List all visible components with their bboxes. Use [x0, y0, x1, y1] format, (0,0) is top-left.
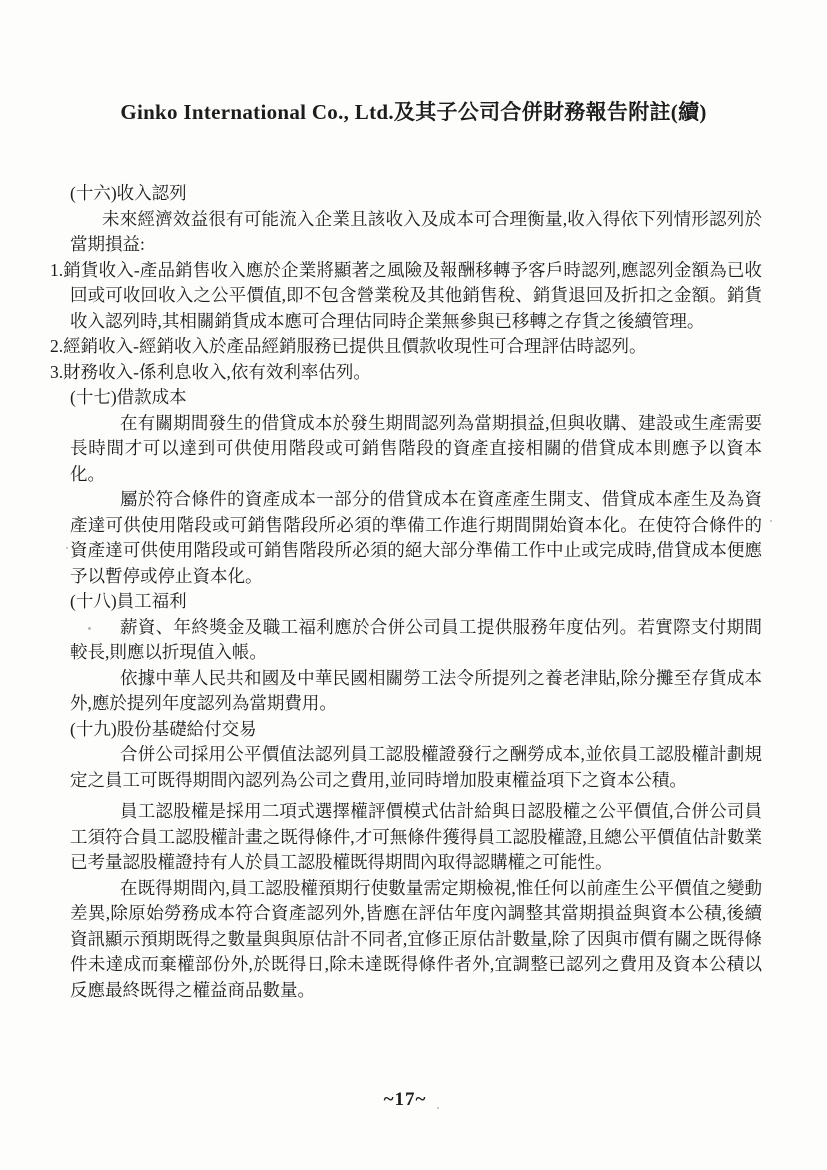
item-text: 財務收入-係利息收入,依有效利率估列。 — [63, 362, 371, 382]
item-number: 2. — [50, 336, 63, 356]
section-intro-paragraph: 未來經濟效益很有可能流入企業且該收入及成本可合理衡量,收入得依下列情形認列於當期… — [70, 207, 762, 258]
item-text: 經銷收入-經銷收入於產品經銷服務已提供且價款收現性可合理評估時認列。 — [63, 336, 646, 356]
section-heading: (十八)員工福利 — [70, 589, 762, 615]
list-item: 3.財務收入-係利息收入,依有效利率估列。 — [70, 360, 762, 386]
paragraph: 在有關期間發生的借貸成本於發生期間認列為當期損益,但與收購、建設或生產需要長時間… — [70, 411, 762, 488]
scan-speck — [88, 627, 91, 630]
section-revenue-recognition: (十六)收入認列 未來經濟效益很有可能流入企業且該收入及成本可合理衡量,收入得依… — [70, 181, 762, 385]
section-heading: (十七)借款成本 — [70, 385, 762, 411]
paragraph: 屬於符合條件的資產成本一部分的借貸成本在資產產生開支、借貸成本產生及為資產達可供… — [70, 487, 762, 589]
paragraph: 薪資、年終獎金及職工福利應於合併公司員工提供服務年度估列。若實際支付期間較長,則… — [70, 615, 762, 666]
scan-speck — [770, 520, 772, 522]
scanned-document-page: Ginko International Co., Ltd.及其子公司合併財務報告… — [0, 0, 827, 1170]
page-number: ~17~ — [0, 1089, 810, 1111]
item-text: 銷貨收入-產品銷售收入應於企業將顯著之風險及報酬移轉予客戶時認列,應認列金額為已… — [63, 260, 762, 331]
section-share-based-payment: (十九)股份基礎給付交易 合併公司採用公平價值法認列員工認股權證發行之酬勞成本,… — [70, 717, 762, 1004]
paragraph: 依據中華人民共和國及中華民國相關勞工法令所提列之養老津貼,除分攤至存貨成本外,應… — [70, 666, 762, 717]
paragraph: 在既得期間內,員工認股權預期行使數量需定期檢視,惟任何以前產生公平價值之變動差異… — [70, 876, 762, 1004]
document-title: Ginko International Co., Ltd.及其子公司合併財務報告… — [0, 96, 827, 126]
item-number: 3. — [50, 362, 63, 382]
list-item: 2.經銷收入-經銷收入於產品經銷服務已提供且價款收現性可合理評估時認列。 — [70, 334, 762, 360]
section-borrowing-costs: (十七)借款成本 在有關期間發生的借貸成本於發生期間認列為當期損益,但與收購、建… — [70, 385, 762, 589]
scan-speck — [66, 547, 68, 549]
paragraph: 員工認股權是採用二項式選擇權評價模式估計給與日認股權之公平價值,合併公司員工須符… — [70, 799, 762, 876]
paragraph: 合併公司採用公平價值法認列員工認股權證發行之酬勞成本,並依員工認股權計劃規定之員… — [70, 742, 762, 793]
section-employee-benefits: (十八)員工福利 薪資、年終獎金及職工福利應於合併公司員工提供服務年度估列。若實… — [70, 589, 762, 717]
item-number: 1. — [50, 260, 63, 280]
section-heading: (十九)股份基礎給付交易 — [70, 717, 762, 743]
section-heading: (十六)收入認列 — [70, 181, 762, 207]
document-body: (十六)收入認列 未來經濟效益很有可能流入企業且該收入及成本可合理衡量,收入得依… — [70, 181, 762, 1003]
list-item: 1.銷貨收入-產品銷售收入應於企業將顯著之風險及報酬移轉予客戶時認列,應認列金額… — [70, 258, 762, 335]
